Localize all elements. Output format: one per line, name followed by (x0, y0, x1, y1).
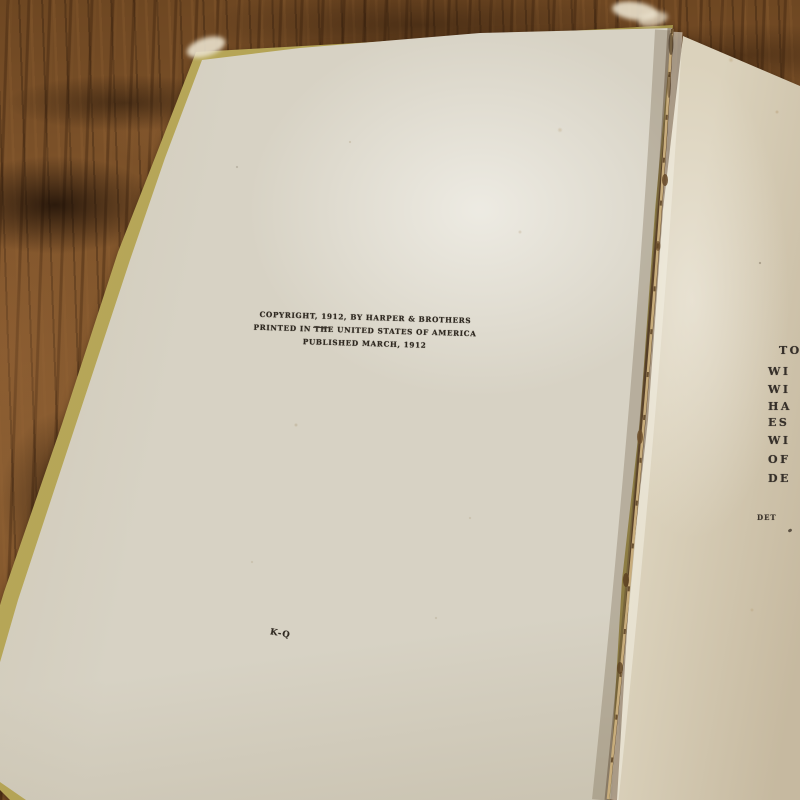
dedication-line: ES (768, 416, 789, 429)
dedication-line: WI (768, 365, 791, 378)
dedication-footer-fragment: DET (757, 513, 777, 522)
ink-speck (788, 528, 793, 533)
open-book: COPYRIGHT, 1912, BY HARPER & BROTHERS PR… (0, 0, 800, 800)
dedication-line: TO (779, 344, 800, 357)
dedication-line: WI (768, 434, 791, 447)
book-photo: COPYRIGHT, 1912, BY HARPER & BROTHERS PR… (0, 0, 800, 800)
dedication-line: DE (768, 472, 791, 485)
dedication-line: WI (768, 383, 791, 396)
dedication-line: OF (768, 453, 790, 466)
dedication-text-fragments: TO WI WI HA ES WI OF DE DET (0, 0, 800, 800)
dedication-line: HA (768, 400, 792, 413)
